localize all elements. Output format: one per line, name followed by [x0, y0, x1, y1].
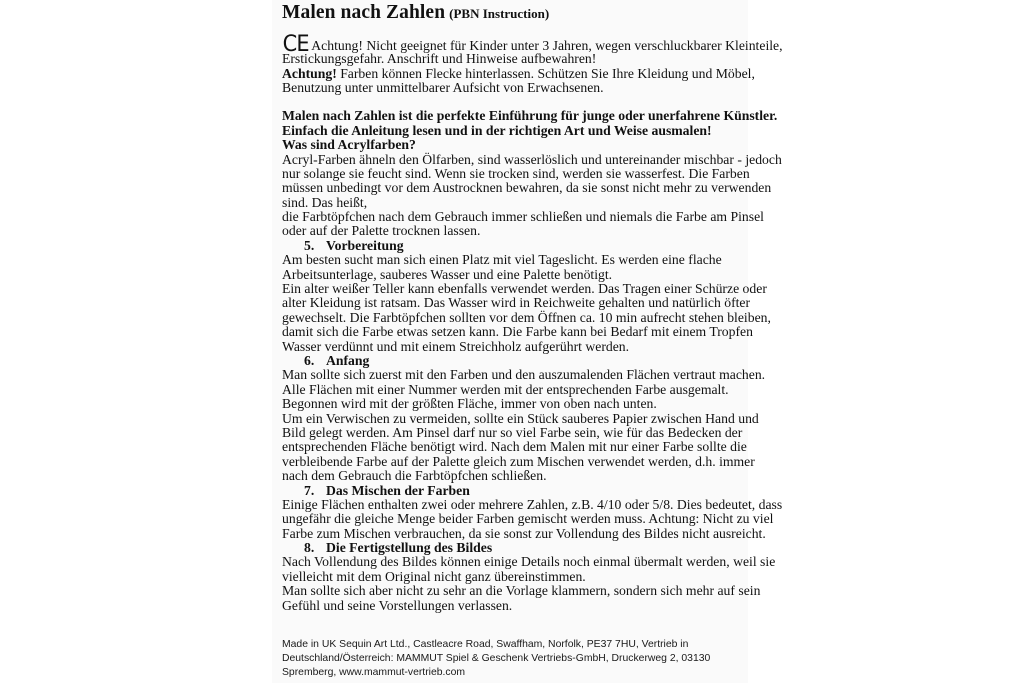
page-title: Malen nach Zahlen	[282, 2, 445, 23]
acryl-line: oder auf der Palette trocknen lassen.	[282, 224, 480, 238]
footer-line: Deutschland/Österreich: MAMMUT Spiel & G…	[282, 652, 710, 666]
acryl-line: müssen unbedingt vor dem Austrocknen bew…	[282, 181, 771, 195]
footer-line: Made in UK Sequin Art Ltd., Castleacre R…	[282, 638, 688, 652]
warning-line-4: Benutzung unter unmittelbarer Aufsicht v…	[282, 81, 604, 95]
intro-question: Was sind Acrylfarben?	[282, 138, 416, 152]
title-row: Malen nach Zahlen (PBN Instruction)	[282, 2, 549, 24]
section-6-line: nach dem Gebrauch die Farbtöpfchen schli…	[282, 469, 547, 483]
page-subtitle: (PBN Instruction)	[449, 6, 549, 21]
section-8-line: Man sollte sich aber nicht zu sehr an di…	[282, 584, 760, 598]
section-5-line: damit sich die Farbe etwas setzen kann. …	[282, 325, 753, 339]
section-6-line: entsprechenden Fläche benötigt wird. Nac…	[282, 440, 747, 454]
section-6-line: Man sollte sich zuerst mit den Farben un…	[282, 368, 765, 382]
section-7-line: ungefähr die gleiche Menge beider Farben…	[282, 512, 773, 526]
section-5-line: Am besten sucht man sich einen Platz mit…	[282, 253, 722, 267]
warning-line-2: Erstickungsgefahr. Anschrift und Hinweis…	[282, 52, 596, 66]
section-8-line: Gefühl und seine Vorstellungen verlassen…	[282, 599, 512, 613]
section-8-line: Nach Vollendung des Bildes können einige…	[282, 555, 775, 569]
section-5-line: alter Kleidung ist ratsam. Das Wasser wi…	[282, 296, 750, 310]
intro-line-1: Malen nach Zahlen ist die perfekte Einfü…	[282, 109, 777, 123]
footer-line: Spremberg, www.mammut-vertrieb.com	[282, 666, 465, 680]
instruction-sheet: Malen nach Zahlen (PBN Instruction) CEAc…	[272, 0, 748, 683]
section-6-line: Begonnen wird mit der größten Fläche, im…	[282, 397, 657, 411]
